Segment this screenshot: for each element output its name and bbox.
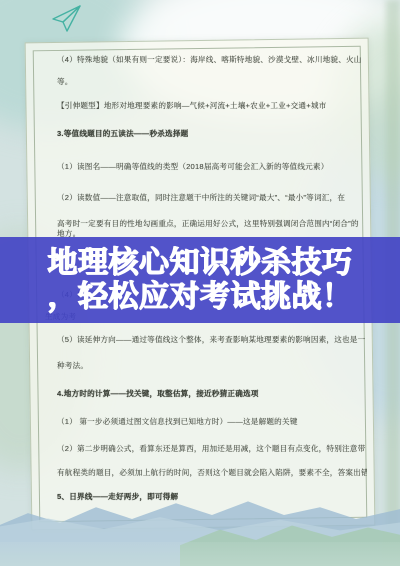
promo-banner-title-line1: 地理核心知识秒杀技巧 bbox=[48, 246, 353, 280]
document-line: 有航程类的题目，必须加上航行的时间，否则这个题目就会陷入陷阱，要素不全，答案出错… bbox=[57, 468, 367, 478]
promo-banner-title-line2: ，轻松应对考试挑战！ bbox=[48, 280, 353, 314]
document-line: （1）读图名——明确等值线的类型（2018届高考可能会汇入新的等值线元素） bbox=[57, 162, 329, 172]
document-line: （2）读数值——注意取值，同时注意题干中所注的关键词“最大”、“最小”等词汇，在 bbox=[57, 193, 345, 203]
promo-banner: 地理核心知识秒杀技巧 ，轻松应对考试挑战！ bbox=[0, 237, 400, 323]
document-line: 等。 bbox=[57, 77, 73, 87]
document-line: （2）第二步明确公式，看算东还是算西，用加还是用减，这个题目有点变化，特别注意带 bbox=[57, 444, 365, 454]
document-line: 高考时一定要有目的性地勾画重点，正确运用好公式，这里特别强调闭合范围内“闭合”的 bbox=[57, 219, 359, 229]
document-heading: 5、日界线——走好两步，即可得解 bbox=[57, 492, 178, 502]
document-line: 种考法。 bbox=[57, 361, 88, 371]
screenshot-root: （4）特殊地貌（如果有则一定要说）：海岸线、喀斯特地貌、沙漠戈壁、冰川地貌、火山… bbox=[0, 0, 400, 566]
document-line: 【引伸题型】地形对地理要素的影响—气候+河流+土壤+农业+工业+交通+城市 bbox=[57, 101, 326, 111]
document-line: （4）特殊地貌（如果有则一定要说）：海岸线、喀斯特地貌、沙漠戈壁、冰川地貌、火山 bbox=[57, 55, 362, 65]
document-heading: 3.等值线题目的五读法——秒杀选择题 bbox=[57, 129, 188, 139]
watercolor-wash-bottom bbox=[0, 542, 400, 566]
document-heading: 4.地方时的计算——找关键，取整估算，接近秒猜正确选项 bbox=[57, 389, 259, 399]
document-line: （5）读延伸方向——通过等值线这个整体，来考查影响某地理要素的影响因素，这也是一 bbox=[57, 335, 365, 345]
paper-plane-icon bbox=[50, 4, 82, 32]
document-line: （1） 第一步必须通过图文信息找到已知地方时）——这是解题的关键 bbox=[57, 417, 298, 427]
